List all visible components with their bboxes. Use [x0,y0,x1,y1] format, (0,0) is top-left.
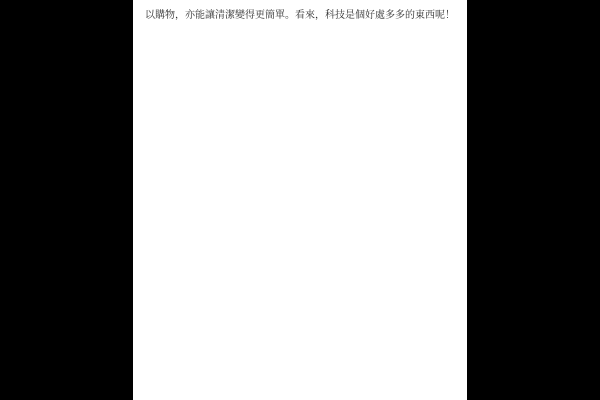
letterbox-left [0,0,133,400]
article-paragraph-text: 以購物，亦能讓清潔變得更簡單。看來，科技是個好處多多的東西呢！ [133,0,467,22]
letterbox-right [467,0,600,400]
device-screen: 以購物，亦能讓清潔變得更簡單。看來，科技是個好處多多的東西呢！ [0,0,600,400]
page-panel: 以購物，亦能讓清潔變得更簡單。看來，科技是個好處多多的東西呢！ [133,0,467,400]
